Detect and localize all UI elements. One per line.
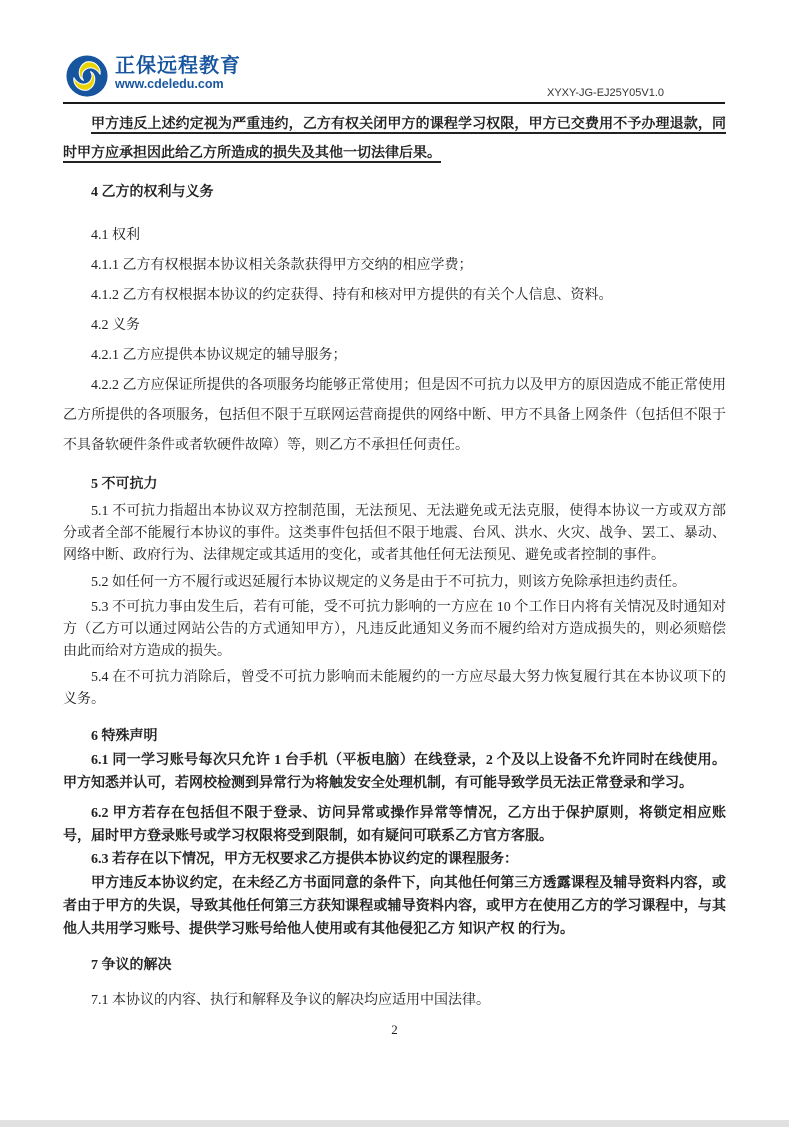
clause-severe-breach: 甲方违反上述约定视为严重违约，乙方有权关闭甲方的课程学习权限，甲方已交费用不予办…: [63, 110, 726, 168]
clause-4-1-1: 4.1.1 乙方有权根据本协议相关条款获得甲方交纳的相应学费；: [63, 251, 726, 281]
contract-body: 甲方违反上述约定视为严重违约，乙方有权关闭甲方的课程学习权限，甲方已交费用不予办…: [63, 0, 726, 1012]
clause-6-1: 6.1 同一学习账号每次只允许 1 台手机（平板电脑）在线登录，2 个及以上设备…: [63, 749, 726, 795]
clause-5-1: 5.1 不可抗力指超出本协议双方控制范围，无法预见、无法避免或无法克服，使得本协…: [63, 501, 726, 567]
section-6-heading: 6 特殊声明: [63, 725, 726, 749]
section-7-heading: 7 争议的解决: [63, 954, 726, 978]
contract-page: 正保远程教育 www.cdeledu.com XYXY-JG-EJ25Y05V1…: [0, 0, 789, 1127]
page-number: 2: [0, 1022, 789, 1038]
clause-7-1: 7.1 本协议的内容、执行和解释及争议的解决均应适用中国法律。: [63, 990, 726, 1012]
clause-4-2: 4.2 义务: [63, 311, 726, 341]
clause-5-3: 5.3 不可抗力事由发生后，若有可能，受不可抗力影响的一方应在 10 个工作日内…: [63, 597, 726, 663]
clause-4-2-1: 4.2.1 乙方应提供本协议规定的辅导服务；: [63, 341, 726, 371]
clause-4-1-2: 4.1.2 乙方有权根据本协议的约定获得、持有和核对甲方提供的有关个人信息、资料…: [63, 281, 726, 311]
section-5-heading: 5 不可抗力: [63, 473, 726, 497]
clause-6-2: 6.2 甲方若存在包括但不限于登录、访问异常或操作异常等情况，乙方出于保护原则，…: [63, 802, 726, 848]
clause-5-4: 5.4 在不可抗力消除后，曾受不可抗力影响而未能履约的一方应尽最大努力恢复履行其…: [63, 667, 726, 711]
clause-5-2: 5.2 如任何一方不履行或迟延履行本协议规定的义务是由于不可抗力，则该方免除承担…: [63, 572, 726, 594]
page-bottom-edge: [0, 1120, 789, 1127]
section-4-heading: 4 乙方的权利与义务: [63, 178, 726, 208]
clause-4-1: 4.1 权利: [63, 221, 726, 251]
clause-6-3: 6.3 若存在以下情况，甲方无权要求乙方提供本协议约定的课程服务：: [63, 848, 726, 871]
clause-6-3-item: 甲方违反本协议约定，在未经乙方书面同意的条件下，向其他任何第三方透露课程及辅导资…: [63, 872, 726, 941]
clause-4-2-2: 4.2.2 乙方应保证所提供的各项服务均能够正常使用；但是因不可抗力以及甲方的原…: [63, 371, 726, 461]
